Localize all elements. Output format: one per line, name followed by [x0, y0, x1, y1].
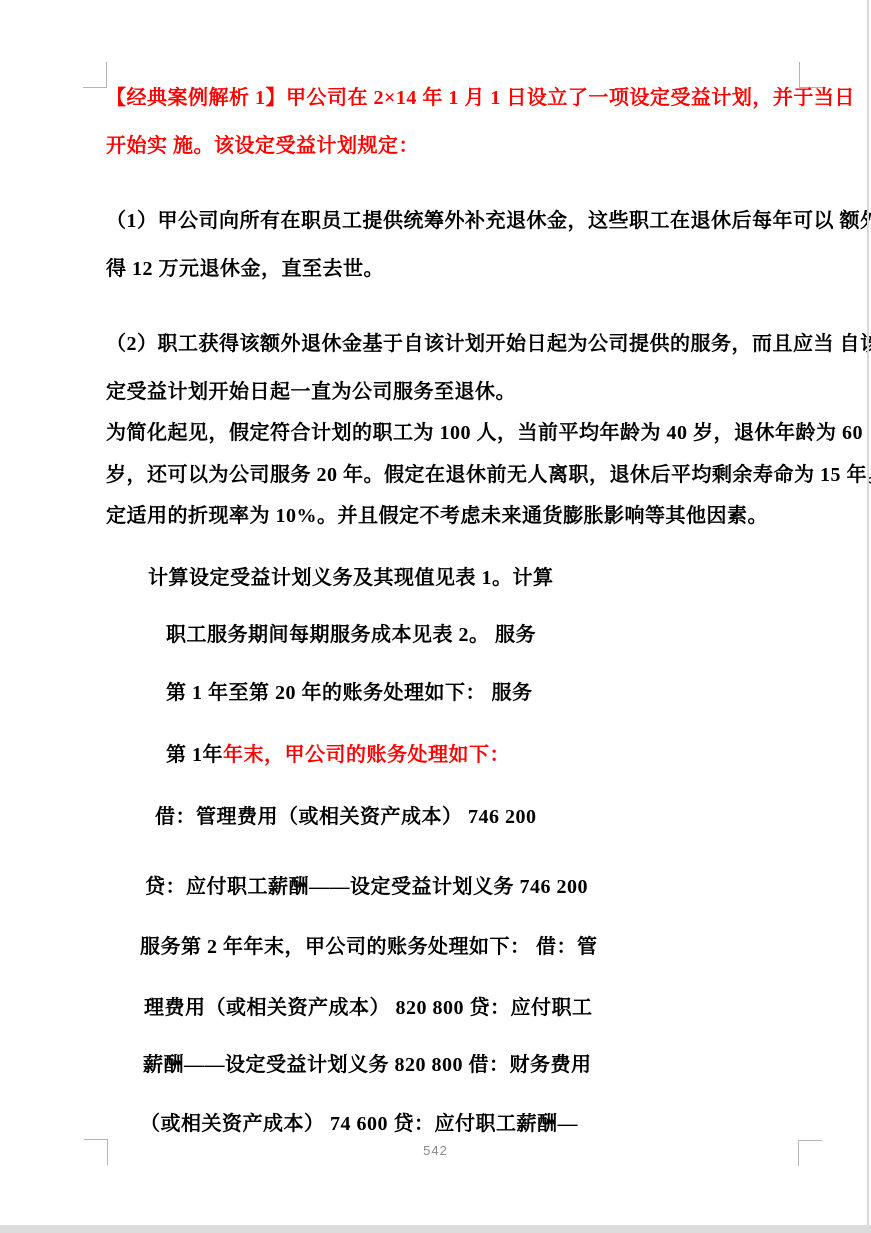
text-boundary-mark-top-left [83, 62, 107, 88]
calc-note-3: 第 1 年至第 20 年的账务处理如下： 服务 [166, 681, 533, 705]
page-right-edge [867, 0, 869, 1225]
year2-entry-line-4: （或相关资产成本） 74 600 贷：应付职工薪酬— [140, 1112, 578, 1136]
text-boundary-mark-top-right [799, 62, 823, 88]
page-number: 542 [0, 1143, 871, 1158]
item2-line-2: 定受益计划开始日起一直为公司服务至退休。 [106, 380, 516, 404]
year2-entry-line-1: 服务第 2 年年末，甲公司的账务处理如下： 借：管 [140, 935, 598, 959]
year1-heading-suffix: 年末，甲公司的账务处理如下： [223, 744, 510, 766]
year2-entry-line-3: 薪酬——设定受益计划义务 820 800 借：财务费用 [143, 1053, 592, 1077]
journal-entry-year1-debit: 借：管理费用（或相关资产成本） 746 200 [155, 805, 537, 829]
assumptions-line-3: 定适用的折现率为 10%。并且假定不考虑未来通货膨胀影响等其他因素。 [106, 504, 768, 528]
year1-heading-prefix: 第 1年 [166, 744, 223, 766]
case-heading-line-1: 【经典案例解析 1】甲公司在 2×14 年 1 月 1 日设立了一项设定受益计划… [106, 86, 855, 110]
journal-entry-year1-credit: 贷：应付职工薪酬——设定受益计划义务 746 200 [145, 875, 588, 899]
calc-note-2: 职工服务期间每期服务成本见表 2。 服务 [166, 623, 536, 647]
item1-line-1: （1）甲公司向所有在职员工提供统筹外补充退休金，这些职工在退休后每年可以 额外获 [106, 209, 871, 233]
year1-heading: 第 1年年末，甲公司的账务处理如下： [166, 743, 510, 767]
assumptions-line-1: 为简化起见，假定符合计划的职工为 100 人，当前平均年龄为 40 岁，退休年龄… [106, 421, 863, 445]
case-heading-line-2: 开始实 施。该设定受益计划规定： [106, 134, 419, 158]
document-page: 【经典案例解析 1】甲公司在 2×14 年 1 月 1 日设立了一项设定受益计划… [0, 0, 871, 1233]
assumptions-line-2: 岁，还可以为公司服务 20 年。假定在退休前无人离职，退休后平均剩余寿命为 15… [106, 463, 871, 487]
item1-line-2: 得 12 万元退休金，直至去世。 [106, 257, 384, 281]
item2-line-1: （2）职工获得该额外退休金基于自该计划开始日起为公司提供的服务，而且应当 自该设 [106, 332, 871, 356]
calc-note-1: 计算设定受益计划义务及其现值见表 1。计算 [148, 566, 554, 590]
year2-entry-line-2: 理费用（或相关资产成本） 820 800 贷：应付职工 [144, 996, 593, 1020]
page-gap-band [0, 1225, 871, 1233]
